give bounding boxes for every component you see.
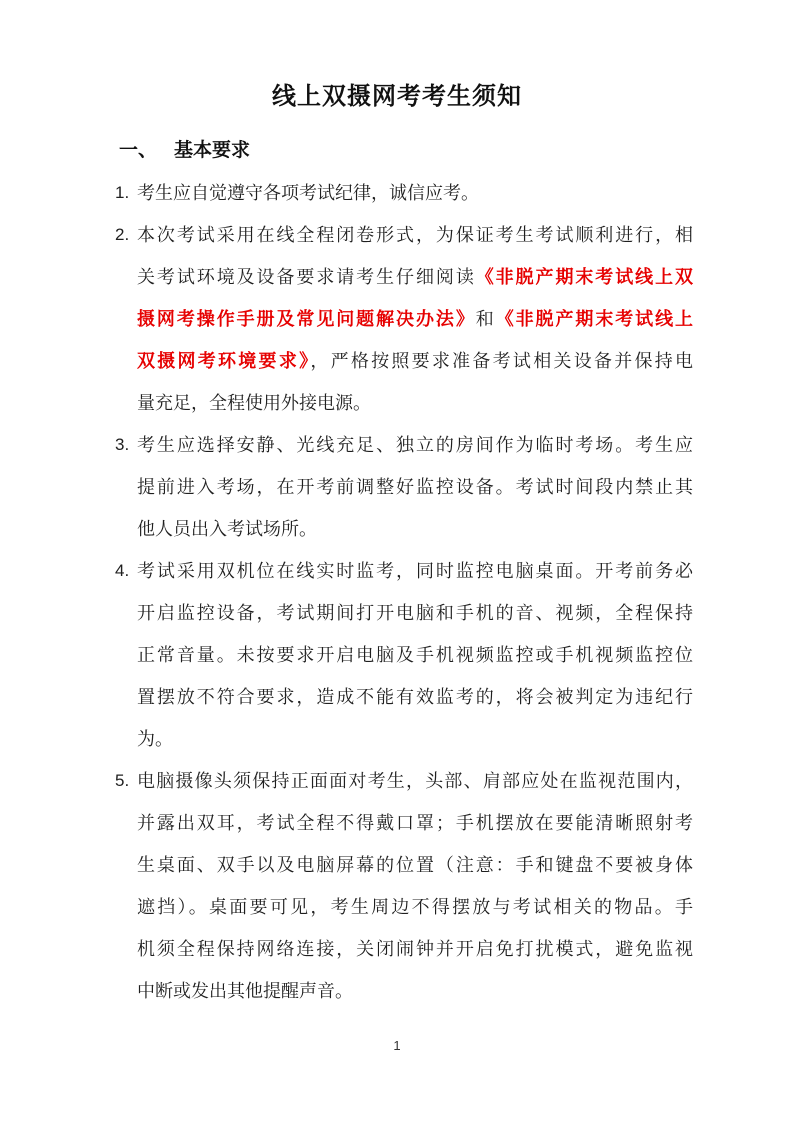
section-heading: 一、基本要求: [119, 138, 734, 164]
item-text: 电脑摄像头须保持正面面对考生，头部、肩部应处在监视范围内，并露出双耳，考试全程不…: [137, 760, 693, 1012]
text-segment: 开启监控设备，考试期间打开电脑和手机的音、视频，全程保持: [137, 603, 693, 623]
text-line: 正常音量。未按要求开启电脑及手机视频监控或手机视频监控位: [137, 634, 693, 676]
item-number: 1.: [115, 172, 137, 214]
item-number: 2.: [115, 214, 137, 256]
text-line: 量充足，全程使用外接电源。: [137, 382, 693, 424]
text-segment: 他人员出入考试场所。: [137, 519, 317, 539]
text-segment: 提前进入考场，在开考前调整好监控设备。考试时间段内禁止其: [137, 477, 693, 497]
text-line: 考生应选择安静、光线充足、独立的房间作为临时考场。考生应: [137, 424, 693, 466]
highlighted-text: 双摄网考环境要求》: [137, 351, 310, 371]
text-segment: 中断或发出其他提醒声音。: [137, 981, 353, 1001]
text-line: 为。: [137, 718, 693, 760]
text-line: 提前进入考场，在开考前调整好监控设备。考试时间段内禁止其: [137, 466, 693, 508]
text-line: 本次考试采用在线全程闭卷形式，为保证考生考试顺利进行，相: [137, 214, 693, 256]
text-segment: 机须全程保持网络连接，关闭闹钟并开启免打扰模式，避免监视: [137, 939, 693, 959]
page-number: 1: [0, 1038, 794, 1054]
text-segment: 置摆放不符合要求，造成不能有效监考的，将会被判定为违纪行: [137, 687, 693, 707]
text-line: 机须全程保持网络连接，关闭闹钟并开启免打扰模式，避免监视: [137, 928, 693, 970]
text-line: 开启监控设备，考试期间打开电脑和手机的音、视频，全程保持: [137, 592, 693, 634]
list-item: 5.电脑摄像头须保持正面面对考生，头部、肩部应处在监视范围内，并露出双耳，考试全…: [115, 760, 734, 1012]
text-segment: 考生应自觉遵守各项考试纪律，诚信应考。: [137, 183, 479, 203]
text-segment: 考生应选择安静、光线充足、独立的房间作为临时考场。考生应: [137, 435, 693, 455]
highlighted-text: 《非脱产期末考试线上双: [476, 267, 693, 287]
text-segment: 量充足，全程使用外接电源。: [137, 393, 371, 413]
text-line: 并露出双耳，考试全程不得戴口罩；手机摆放在要能清晰照射考: [137, 802, 693, 844]
item-number: 3.: [115, 424, 137, 466]
text-segment: 生桌面、双手以及电脑屏幕的位置（注意：手和键盘不要被身体: [137, 855, 693, 875]
text-line: 考试采用双机位在线实时监考，同时监控电脑桌面。开考前务必: [137, 550, 693, 592]
text-line: 中断或发出其他提醒声音。: [137, 970, 693, 1012]
section-heading-number: 一、: [119, 140, 157, 161]
section-heading-label: 基本要求: [174, 140, 250, 161]
document-title: 线上双摄网考考生须知: [0, 82, 794, 112]
list-item: 2.本次考试采用在线全程闭卷形式，为保证考生考试顺利进行，相关考试环境及设备要求…: [115, 214, 734, 424]
item-text: 考生应自觉遵守各项考试纪律，诚信应考。: [137, 172, 693, 214]
text-segment: 为。: [137, 729, 173, 749]
text-segment: 正常音量。未按要求开启电脑及手机视频监控或手机视频监控位: [137, 645, 693, 665]
text-segment: 和: [476, 309, 496, 329]
item-text: 考生应选择安静、光线充足、独立的房间作为临时考场。考生应提前进入考场，在开考前调…: [137, 424, 693, 550]
text-segment: 关考试环境及设备要求请考生仔细阅读: [137, 267, 476, 287]
text-line: 他人员出入考试场所。: [137, 508, 693, 550]
text-line: 摄网考操作手册及常见问题解决办法》和《非脱产期末考试线上: [137, 298, 693, 340]
document-page: 线上双摄网考考生须知 一、基本要求 1.考生应自觉遵守各项考试纪律，诚信应考。2…: [0, 0, 794, 1123]
list-item: 1.考生应自觉遵守各项考试纪律，诚信应考。: [115, 172, 734, 214]
text-segment: ，严格按照要求准备考试相关设备并保持电: [310, 351, 693, 371]
text-segment: 本次考试采用在线全程闭卷形式，为保证考生考试顺利进行，相: [137, 225, 693, 245]
text-line: 电脑摄像头须保持正面面对考生，头部、肩部应处在监视范围内，: [137, 760, 693, 802]
notice-list: 1.考生应自觉遵守各项考试纪律，诚信应考。2.本次考试采用在线全程闭卷形式，为保…: [115, 172, 734, 1012]
highlighted-text: 《非脱产期末考试线上: [496, 309, 693, 329]
list-item: 4.考试采用双机位在线实时监考，同时监控电脑桌面。开考前务必开启监控设备，考试期…: [115, 550, 734, 760]
text-line: 生桌面、双手以及电脑屏幕的位置（注意：手和键盘不要被身体: [137, 844, 693, 886]
text-segment: 考试采用双机位在线实时监考，同时监控电脑桌面。开考前务必: [137, 561, 693, 581]
item-text: 本次考试采用在线全程闭卷形式，为保证考生考试顺利进行，相关考试环境及设备要求请考…: [137, 214, 693, 424]
text-line: 双摄网考环境要求》，严格按照要求准备考试相关设备并保持电: [137, 340, 693, 382]
text-line: 遮挡）。桌面要可见，考生周边不得摆放与考试相关的物品。手: [137, 886, 693, 928]
item-number: 5.: [115, 760, 137, 802]
text-segment: 遮挡）。桌面要可见，考生周边不得摆放与考试相关的物品。手: [137, 897, 693, 917]
text-line: 置摆放不符合要求，造成不能有效监考的，将会被判定为违纪行: [137, 676, 693, 718]
item-text: 考试采用双机位在线实时监考，同时监控电脑桌面。开考前务必开启监控设备，考试期间打…: [137, 550, 693, 760]
text-segment: 并露出双耳，考试全程不得戴口罩；手机摆放在要能清晰照射考: [137, 813, 693, 833]
text-line: 考生应自觉遵守各项考试纪律，诚信应考。: [137, 172, 693, 214]
text-segment: 电脑摄像头须保持正面面对考生，头部、肩部应处在监视范围内，: [137, 771, 693, 791]
highlighted-text: 摄网考操作手册及常见问题解决办法》: [137, 309, 476, 329]
text-line: 关考试环境及设备要求请考生仔细阅读《非脱产期末考试线上双: [137, 256, 693, 298]
item-number: 4.: [115, 550, 137, 592]
list-item: 3.考生应选择安静、光线充足、独立的房间作为临时考场。考生应提前进入考场，在开考…: [115, 424, 734, 550]
